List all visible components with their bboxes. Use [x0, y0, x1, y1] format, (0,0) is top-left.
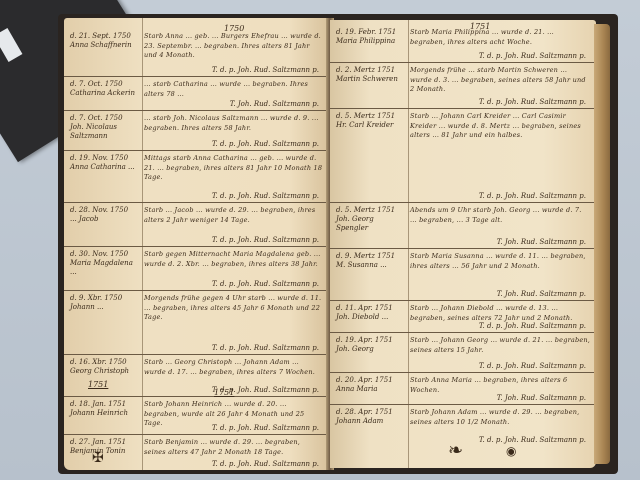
- entry-date: d. 11. Apr. 1751: [336, 304, 393, 312]
- register-entry: d. 5. Mertz 1751Joh. Georg Spengler Aben…: [330, 204, 596, 249]
- entry-name: Martin Schweren: [336, 75, 406, 84]
- entry-date: d. 28. Nov. 1750: [70, 206, 128, 214]
- entry-date: d. 5. Mertz 1751: [336, 206, 395, 214]
- register-entry: d. 7. Oct. 1750Catharina Ackerin ... sta…: [64, 78, 329, 111]
- entry-signature: T. Joh. Rud. Saltzmann p.: [497, 238, 586, 246]
- entry-signature: T. d. p. Joh. Rud. Saltzmann p.: [479, 436, 586, 444]
- entry-text: ... starb Catharina ... wurde ... begrab…: [144, 80, 323, 99]
- entry-date: d. 18. Jan. 1751: [70, 400, 126, 408]
- entry-date: d. 9. Xbr. 1750: [70, 294, 122, 302]
- entry-name: Joh. Georg Spengler: [336, 215, 406, 233]
- entry-name: Benjamin Tonin: [70, 447, 140, 456]
- entry-signature: T. d. p. Joh. Rud. Saltzmann p.: [479, 362, 586, 370]
- register-entry: d. 9. Xbr. 1750Johann ... Morgends frühe…: [64, 292, 329, 355]
- entry-signature: T. d. p. Joh. Rud. Saltzmann p.: [212, 424, 319, 432]
- entry-signature: T. d. p. Joh. Rud. Saltzmann p.: [479, 98, 586, 106]
- register-entry: d. 11. Apr. 1751Joh. Diebold ... Starb .…: [330, 302, 596, 333]
- register-entry: d. 9. Mertz 1751M. Susanna ... Starb Mar…: [330, 250, 596, 301]
- entry-date: d. 16. Xbr. 1750: [70, 358, 127, 366]
- register-entry: d. 19. Febr. 1751Maria Philippina Starb …: [330, 26, 596, 63]
- entry-date: d. 7. Oct. 1750: [70, 80, 123, 88]
- entry-date: d. 19. Febr. 1751: [336, 28, 396, 36]
- entry-text: Starb gegen Mitternacht Maria Magdalena …: [144, 250, 323, 269]
- entry-signature: T. d. p. Joh. Rud. Saltzmann p.: [479, 322, 586, 330]
- entry-text: Starb Johann Adam ... wurde d. 29. ... b…: [410, 408, 590, 427]
- entry-signature: T. Joh. Rud. Saltzmann p.: [497, 394, 586, 402]
- entry-name: Hr. Carl Kreider: [336, 121, 406, 130]
- entry-signature: T. d. p. Joh. Rud. Saltzmann p.: [212, 140, 319, 148]
- entry-signature: T. d. p. Joh. Rud. Saltzmann p.: [212, 280, 319, 288]
- entry-text: Mittags starb Anna Catharina ... geb. ..…: [144, 154, 323, 183]
- entry-signature: T. d. p. Joh. Rud. Saltzmann p.: [212, 192, 319, 200]
- entry-text: Starb ... Johann Carl Kreider ... Carl C…: [410, 112, 590, 141]
- entry-name: ... Jacob: [70, 215, 140, 224]
- entry-text: ... starb Joh. Nicolaus Saltzmann ... wu…: [144, 114, 323, 133]
- entry-text: Starb ... Jacob ... wurde d. 29. ... beg…: [144, 206, 323, 225]
- entry-date: d. 9. Mertz 1751: [336, 252, 395, 260]
- entry-date: d. 30. Nov. 1750: [70, 250, 128, 258]
- scribble-mark-icon: ❧: [448, 440, 463, 461]
- entry-signature: T. d. p. Joh. Rud. Saltzmann p.: [212, 344, 319, 352]
- entry-signature: T. d. p. Joh. Rud. Saltzmann p.: [212, 66, 319, 74]
- entry-text: Starb Benjamin ... wurde d. 29. ... begr…: [144, 438, 323, 457]
- register-entry: d. 19. Nov. 1750Anna Catharina ... Mitta…: [64, 152, 329, 203]
- entry-date: d. 27. Jan. 1751: [70, 438, 126, 446]
- entry-date: d. 19. Apr. 1751: [336, 336, 393, 344]
- entry-date: d. 7. Oct. 1750: [70, 114, 123, 122]
- entry-text: Starb Maria Susanna ... wurde d. 11. ...…: [410, 252, 590, 271]
- entry-name: Maria Philippina: [336, 37, 406, 46]
- entry-date: d. 28. Apr. 1751: [336, 408, 393, 416]
- entry-text: Abends um 9 Uhr starb Joh. Georg ... wur…: [410, 206, 590, 225]
- year-divider: 1751: [214, 388, 234, 397]
- register-entry: d. 28. Nov. 1750... Jacob Starb ... Jaco…: [64, 204, 329, 247]
- entry-name: Georg Christoph: [70, 367, 140, 376]
- cross-mark-icon: ✠: [92, 450, 104, 466]
- entry-signature: T. Joh. Rud. Saltzmann p.: [497, 290, 586, 298]
- entry-text: Starb ... Johann Diebold ... wurde d. 13…: [410, 304, 590, 323]
- entry-text: Starb Anna ... geb. ... Burgers Ehefrau …: [144, 32, 323, 61]
- entry-signature: T. d. p. Joh. Rud. Saltzmann p.: [212, 460, 319, 468]
- entry-text: Starb Maria Philippina ... wurde d. 21. …: [410, 28, 590, 47]
- register-entry: d. 20. Apr. 1751Anna Maria Starb Anna Ma…: [330, 374, 596, 405]
- register-entry: d. 27. Jan. 1751Benjamin Tonin Starb Ben…: [64, 436, 329, 470]
- year-divider-margin: 1751: [88, 380, 108, 389]
- register-entry: d. 7. Oct. 1750Joh. Nicolaus Saltzmann .…: [64, 112, 329, 151]
- entry-name: Maria Magdalena ...: [70, 259, 140, 277]
- entry-text: Starb Anna Maria ... begraben, ihres alt…: [410, 376, 590, 395]
- entry-name: Anna Schaffnerin: [70, 41, 140, 50]
- left-page: 1750 d. 21. Sept. 1750Anna Schaffnerin S…: [64, 18, 329, 470]
- register-entry: d. 19. Apr. 1751Joh. Georg Starb ... Joh…: [330, 334, 596, 373]
- entry-signature: T. d. p. Joh. Rud. Saltzmann p.: [479, 192, 586, 200]
- register-entry: d. 30. Nov. 1750Maria Magdalena ... Star…: [64, 248, 329, 291]
- entry-name: M. Susanna ...: [336, 261, 406, 270]
- entry-name: Joh. Georg: [336, 345, 406, 354]
- entry-date: d. 21. Sept. 1750: [70, 32, 131, 40]
- entry-name: Catharina Ackerin: [70, 89, 140, 98]
- entry-date: d. 2. Mertz 1751: [336, 66, 395, 74]
- entry-date: d. 19. Nov. 1750: [70, 154, 128, 162]
- register-entry: d. 16. Xbr. 1750Georg Christoph Starb ..…: [64, 356, 329, 397]
- register-entry: d. 5. Mertz 1751Hr. Carl Kreider Starb .…: [330, 110, 596, 203]
- entry-name: Johann Heinrich: [70, 409, 140, 418]
- entry-date: d. 20. Apr. 1751: [336, 376, 393, 384]
- entry-signature: T. Joh. Rud. Saltzmann p.: [230, 100, 319, 108]
- entry-name: Joh. Diebold ...: [336, 313, 406, 322]
- entry-name: Anna Catharina ...: [70, 163, 140, 172]
- register-entry: d. 18. Jan. 1751Johann Heinrich Starb Jo…: [64, 398, 329, 435]
- entry-text: Starb ... Georg Christoph ... Johann Ada…: [144, 358, 323, 377]
- entry-name: Anna Maria: [336, 385, 406, 394]
- entry-text: Morgends frühe gegen 4 Uhr starb ... wur…: [144, 294, 323, 323]
- register-entry: d. 2. Mertz 1751Martin Schweren Morgends…: [330, 64, 596, 109]
- entry-name: Joh. Nicolaus Saltzmann: [70, 123, 140, 141]
- register-entry: d. 21. Sept. 1750Anna Schaffnerin Starb …: [64, 30, 329, 77]
- entry-name: Johann ...: [70, 303, 140, 312]
- entry-signature: T. d. p. Joh. Rud. Saltzmann p.: [479, 52, 586, 60]
- page-edges: [594, 24, 610, 464]
- ink-blot-icon: ◉: [506, 444, 516, 458]
- entry-name: Johann Adam: [336, 417, 406, 426]
- entry-text: Morgends frühe ... starb Martin Schweren…: [410, 66, 590, 95]
- entry-signature: T. d. p. Joh. Rud. Saltzmann p.: [212, 236, 319, 244]
- right-page: 1751 d. 19. Febr. 1751Maria Philippina S…: [330, 20, 596, 468]
- entry-text: Starb ... Johann Georg ... wurde d. 21. …: [410, 336, 590, 355]
- entry-date: d. 5. Mertz 1751: [336, 112, 395, 120]
